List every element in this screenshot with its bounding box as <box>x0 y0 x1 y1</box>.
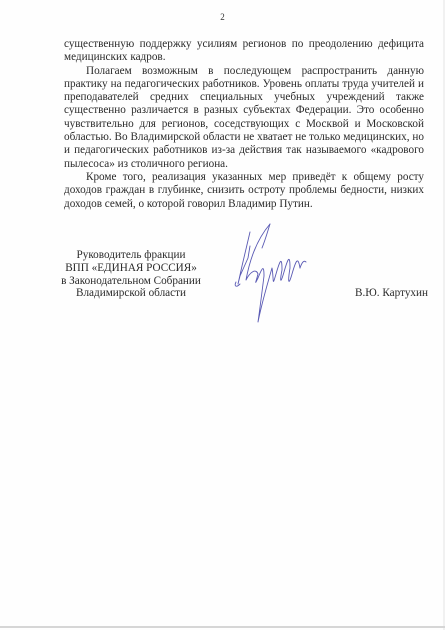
signer-name: В.Ю. Картухин <box>355 287 428 299</box>
paragraph-continuation: существенную поддержку усилиям регионов … <box>64 38 424 65</box>
page-bottom-edge <box>0 626 445 628</box>
handwritten-signature <box>228 218 328 328</box>
signer-position-block: Руководитель фракции ВПП «ЕДИНАЯ РОССИЯ»… <box>56 249 206 300</box>
document-page: 2 существенную поддержку усилиям регионо… <box>0 0 445 630</box>
letter-body: существенную поддержку усилиям регионов … <box>64 38 424 211</box>
position-line: ВПП «ЕДИНАЯ РОССИЯ» <box>56 262 206 275</box>
position-line: Руководитель фракции <box>56 249 206 262</box>
position-line: Владимирской области <box>56 287 206 300</box>
paragraph-pedagogical-workers: Полагаем возможным в последующем распрос… <box>64 65 424 171</box>
page-number: 2 <box>0 12 445 22</box>
position-line: в Законодательном Собрании <box>56 275 206 288</box>
paragraph-income-growth: Кроме того, реализация указанных мер при… <box>64 171 424 211</box>
